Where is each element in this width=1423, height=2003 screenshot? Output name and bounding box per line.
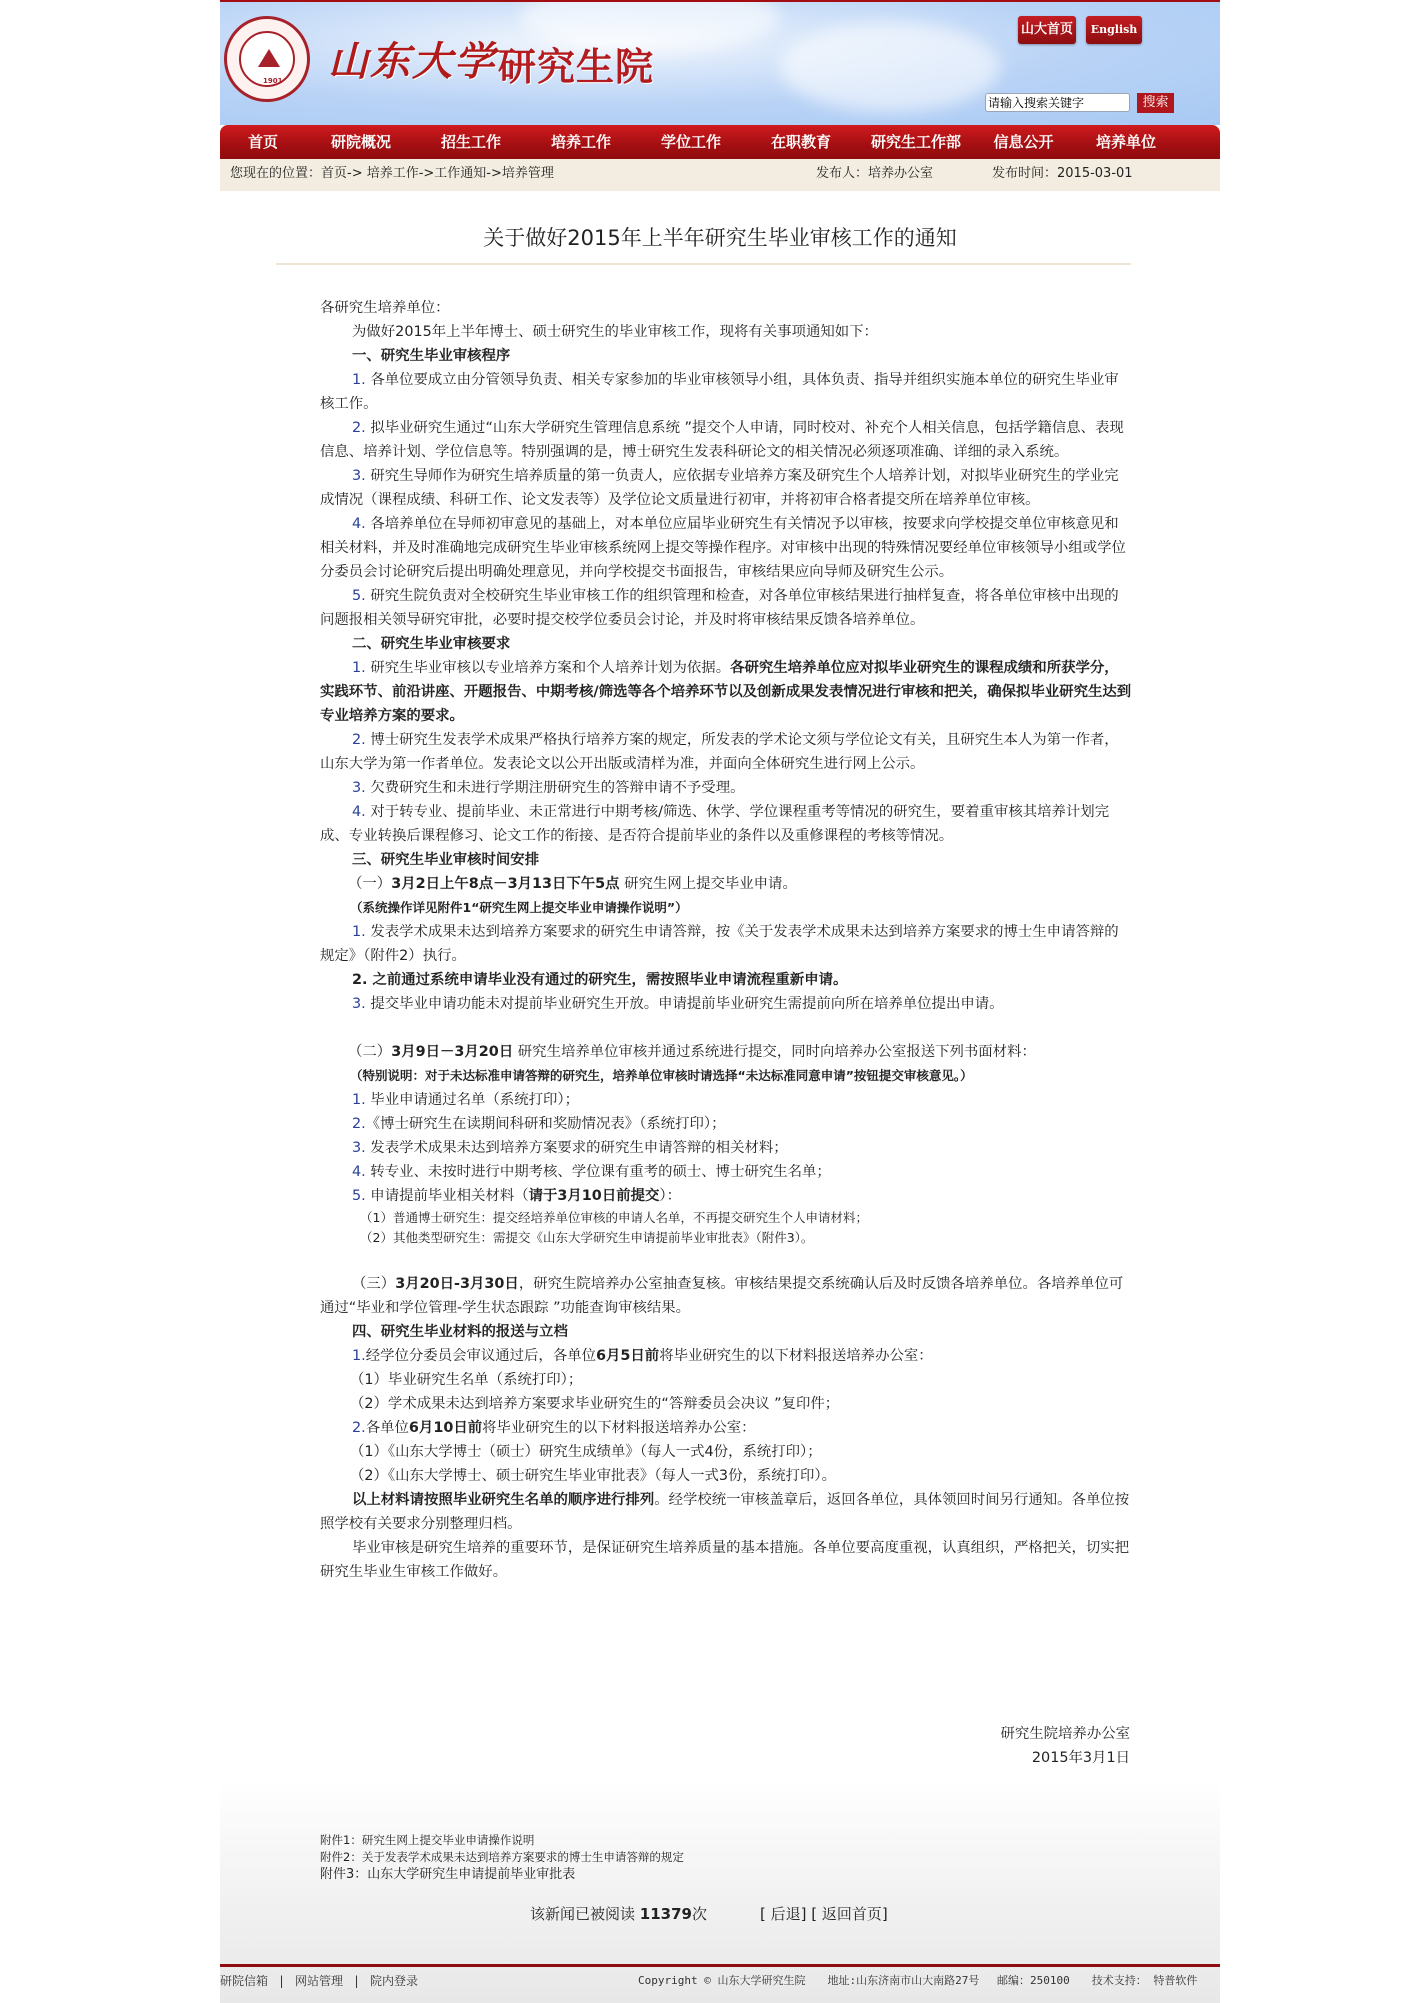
phase-1-item: 1. 发表学术成果未达到培养方案要求的研究生申请答辩，按《关于发表学术成果未达到…	[320, 920, 1132, 968]
section-1-item: 5. 研究生院负责对全校研究生毕业审核工作的组织管理和检查，对各单位审核结果进行…	[320, 584, 1132, 632]
nav-item-home[interactable]: 首页	[220, 125, 306, 159]
phase-2-item: 1. 毕业申请通过名单（系统打印）；	[320, 1088, 1132, 1112]
return-home-link[interactable]: [ 返回首页]	[811, 1905, 887, 1923]
site-title: 研究生院	[498, 36, 654, 91]
schedule-phase-3: （三）3月20日-3月30日，研究生院培养办公室抽查复核。审核结果提交系统确认后…	[320, 1272, 1132, 1320]
read-count: 该新闻已被阅读 11379次	[530, 1903, 707, 1924]
closing-paragraph: 毕业审核是研究生培养的重要环节，是保证研究生培养质量的基本措施。各单位要高度重视…	[320, 1536, 1132, 1584]
section-2-heading: 二、研究生毕业审核要求	[320, 632, 1132, 656]
ordering-paragraph: 以上材料请按照毕业研究生名单的顺序进行排列。经学校统一审核盖章后，返回各单位，具…	[320, 1488, 1132, 1536]
footer-link-site-admin[interactable]: 网站管理	[295, 1974, 343, 1988]
section-1-heading: 一、研究生毕业审核程序	[320, 344, 1132, 368]
nav-item-admissions[interactable]: 招生工作	[416, 125, 526, 159]
section-2-item: 4. 对于转专业、提前毕业、未正常进行中期考核/筛选、休学、学位课程重考等情况的…	[320, 800, 1132, 848]
nav-item-disclosure[interactable]: 信息公开	[976, 125, 1071, 159]
spacer	[320, 1248, 1132, 1272]
section-2-item: 3. 欠费研究生和未进行学期注册研究生的答辩申请不予受理。	[320, 776, 1132, 800]
spacer	[320, 1016, 1132, 1040]
phase-2-item: 2.《博士研究生在读期间科研和奖励情况表》（系统打印）；	[320, 1112, 1132, 1136]
cloud-decoration	[780, 22, 1000, 112]
university-seal-logo[interactable]: 1901	[224, 16, 310, 102]
section-4-item: 2.各单位6月10日前将毕业研究生的以下材料报送培养办公室：	[320, 1416, 1132, 1440]
section-1-item: 2. 拟毕业研究生通过“山东大学研究生管理信息系统 ”提交个人申请，同时校对、补…	[320, 416, 1132, 464]
section-1-item: 4. 各培养单位在导师初审意见的基础上，对本单位应届毕业研究生有关情况予以审核，…	[320, 512, 1132, 584]
nav-item-overview[interactable]: 研院概况	[306, 125, 416, 159]
english-button[interactable]: English	[1086, 16, 1142, 44]
signature-date: 2015年3月1日	[1000, 1746, 1130, 1770]
back-link[interactable]: [ 后退]	[760, 1905, 806, 1923]
breadcrumb-bar: 您现在的位置：首页-> 培养工作->工作通知->培养管理 发布人：培养办公室 发…	[220, 159, 1220, 191]
intro-paragraph: 为做好2015年上半年博士、硕士研究生的毕业审核工作，现将有关事项通知如下：	[320, 320, 1132, 344]
breadcrumb[interactable]: 您现在的位置：首页-> 培养工作->工作通知->培养管理	[230, 159, 554, 189]
phase-2-item: 3. 发表学术成果未达到培养方案要求的研究生申请答辩的相关材料；	[320, 1136, 1132, 1160]
section-4-subitem: （2）学术成果未达到培养方案要求毕业研究生的“答辩委员会决议 ”复印件；	[320, 1392, 1132, 1416]
signature-block: 研究生院培养办公室 2015年3月1日	[1000, 1722, 1130, 1770]
footer-link-intranet-login[interactable]: 院内登录	[370, 1974, 418, 1988]
title-divider	[276, 263, 1131, 265]
phase-2-item: 5. 申请提前毕业相关材料（请于3月10日前提交）：	[320, 1184, 1132, 1208]
schedule-phase-1: （一）3月2日上午8点－3月13日下午5点 研究生网上提交毕业申请。	[320, 872, 1132, 896]
section-3-heading: 三、研究生毕业审核时间安排	[320, 848, 1132, 872]
attachment-link[interactable]: 附件3：山东大学研究生申请提前毕业审批表	[320, 1866, 684, 1883]
attachment-link[interactable]: 附件2：关于发表学术成果未达到培养方案要求的博士生申请答辩的规定	[320, 1849, 684, 1866]
nav-item-training[interactable]: 培养工作	[526, 125, 636, 159]
phase-2-note: （特别说明：对于未达标准申请答辩的研究生，培养单位审核时请选择“未达标准同意申请…	[320, 1064, 1132, 1088]
mountain-icon	[258, 49, 280, 67]
publisher: 发布人：培养办公室	[816, 159, 933, 189]
sdu-home-button[interactable]: 山大首页	[1018, 16, 1076, 44]
read-count-number: 11379	[640, 1905, 692, 1923]
section-1-item: 3. 研究生导师作为研究生培养质量的第一负责人，应依据专业培养方案及研究生个人培…	[320, 464, 1132, 512]
nav-item-units[interactable]: 培养单位	[1071, 125, 1181, 159]
salutation: 各研究生培养单位：	[320, 296, 1132, 320]
university-name-calligraphy: 山东大学	[328, 30, 496, 87]
section-4-subitem: （1）《山东大学博士（硕士）研究生成绩单》（每人一式4份，系统打印）；	[320, 1440, 1132, 1464]
phase-2-subitem: （2）其他类型研究生：需提交《山东大学研究生申请提前毕业审批表》（附件3）。	[320, 1228, 1132, 1248]
seal-year: 1901	[263, 77, 282, 85]
phase-1-item: 3. 提交毕业申请功能未对提前毕业研究生开放。申请提前毕业研究生需提前向所在培养…	[320, 992, 1132, 1016]
phase-2-item: 4. 转专业、未按时进行中期考核、学位课有重考的硕士、博士研究生名单；	[320, 1160, 1132, 1184]
copyright: Copyright © 山东大学研究生院 地址:山东济南市山大南路27号 邮编：…	[638, 1970, 1197, 1992]
section-2-item: 1. 研究生毕业审核以专业培养方案和个人培养计划为依据。各研究生培养单位应对拟毕…	[320, 656, 1132, 728]
section-4-subitem: （2）《山东大学博士、硕士研究生毕业审批表》（每人一式3份，系统打印）。	[320, 1464, 1132, 1488]
seal-inner-ring: 1901	[239, 31, 295, 87]
schedule-phase-2: （二）3月9日－3月20日 研究生培养单位审核并通过系统进行提交，同时向培养办公…	[320, 1040, 1132, 1064]
section-2-item: 2. 博士研究生发表学术成果严格执行培养方案的规定，所发表的学术论文须与学位论文…	[320, 728, 1132, 776]
header-banner: 1901 山东大学 研究生院 山大首页 English 搜索	[220, 0, 1220, 125]
nav-item-student-affairs[interactable]: 研究生工作部	[856, 125, 976, 159]
section-4-heading: 四、研究生毕业材料的报送与立档	[320, 1320, 1132, 1344]
footer-links: 研院信箱 | 网站管理 | 院内登录	[220, 1970, 418, 1992]
section-4-item: 1.经学位分委员会审议通过后，各单位6月5日前将毕业研究生的以下材料报送培养办公…	[320, 1344, 1132, 1368]
attachment-link[interactable]: 附件1：研究生网上提交毕业申请操作说明	[320, 1832, 684, 1849]
article-body: 各研究生培养单位： 为做好2015年上半年博士、硕士研究生的毕业审核工作，现将有…	[320, 296, 1132, 1584]
section-4-subitem: （1）毕业研究生名单（系统打印）；	[320, 1368, 1132, 1392]
publish-time: 发布时间：2015-03-01	[992, 159, 1133, 189]
nav-item-degree[interactable]: 学位工作	[636, 125, 746, 159]
phase-1-note: （系统操作详见附件1“研究生网上提交毕业申请操作说明”）	[320, 896, 1132, 920]
phase-1-item: 2. 之前通过系统申请毕业没有通过的研究生，需按照毕业申请流程重新申请。	[320, 968, 1132, 992]
section-1-item: 1. 各单位要成立由分管领导负责、相关专家参加的毕业审核领导小组，具体负责、指导…	[320, 368, 1132, 416]
phase-2-subitem: （1）普通博士研究生：提交经培养单位审核的申请人名单，不再提交研究生个人申请材料…	[320, 1208, 1132, 1228]
page: 1901 山东大学 研究生院 山大首页 English 搜索 首页 研院概况 招…	[220, 0, 1220, 2003]
signature: 研究生院培养办公室	[1000, 1722, 1130, 1746]
footer-link-mailbox[interactable]: 研院信箱	[220, 1974, 268, 1988]
attachments-list: 附件1：研究生网上提交毕业申请操作说明 附件2：关于发表学术成果未达到培养方案要…	[320, 1832, 684, 1883]
search-input[interactable]	[985, 93, 1130, 112]
main-nav: 首页 研院概况 招生工作 培养工作 学位工作 在职教育 研究生工作部 信息公开 …	[220, 125, 1220, 159]
article-title: 关于做好2015年上半年研究生毕业审核工作的通知	[220, 222, 1220, 252]
nav-item-in-service[interactable]: 在职教育	[746, 125, 856, 159]
footer-divider	[220, 1964, 1220, 1967]
search-button[interactable]: 搜索	[1137, 93, 1174, 113]
page-links: [ 后退] [ 返回首页]	[760, 1903, 888, 1924]
